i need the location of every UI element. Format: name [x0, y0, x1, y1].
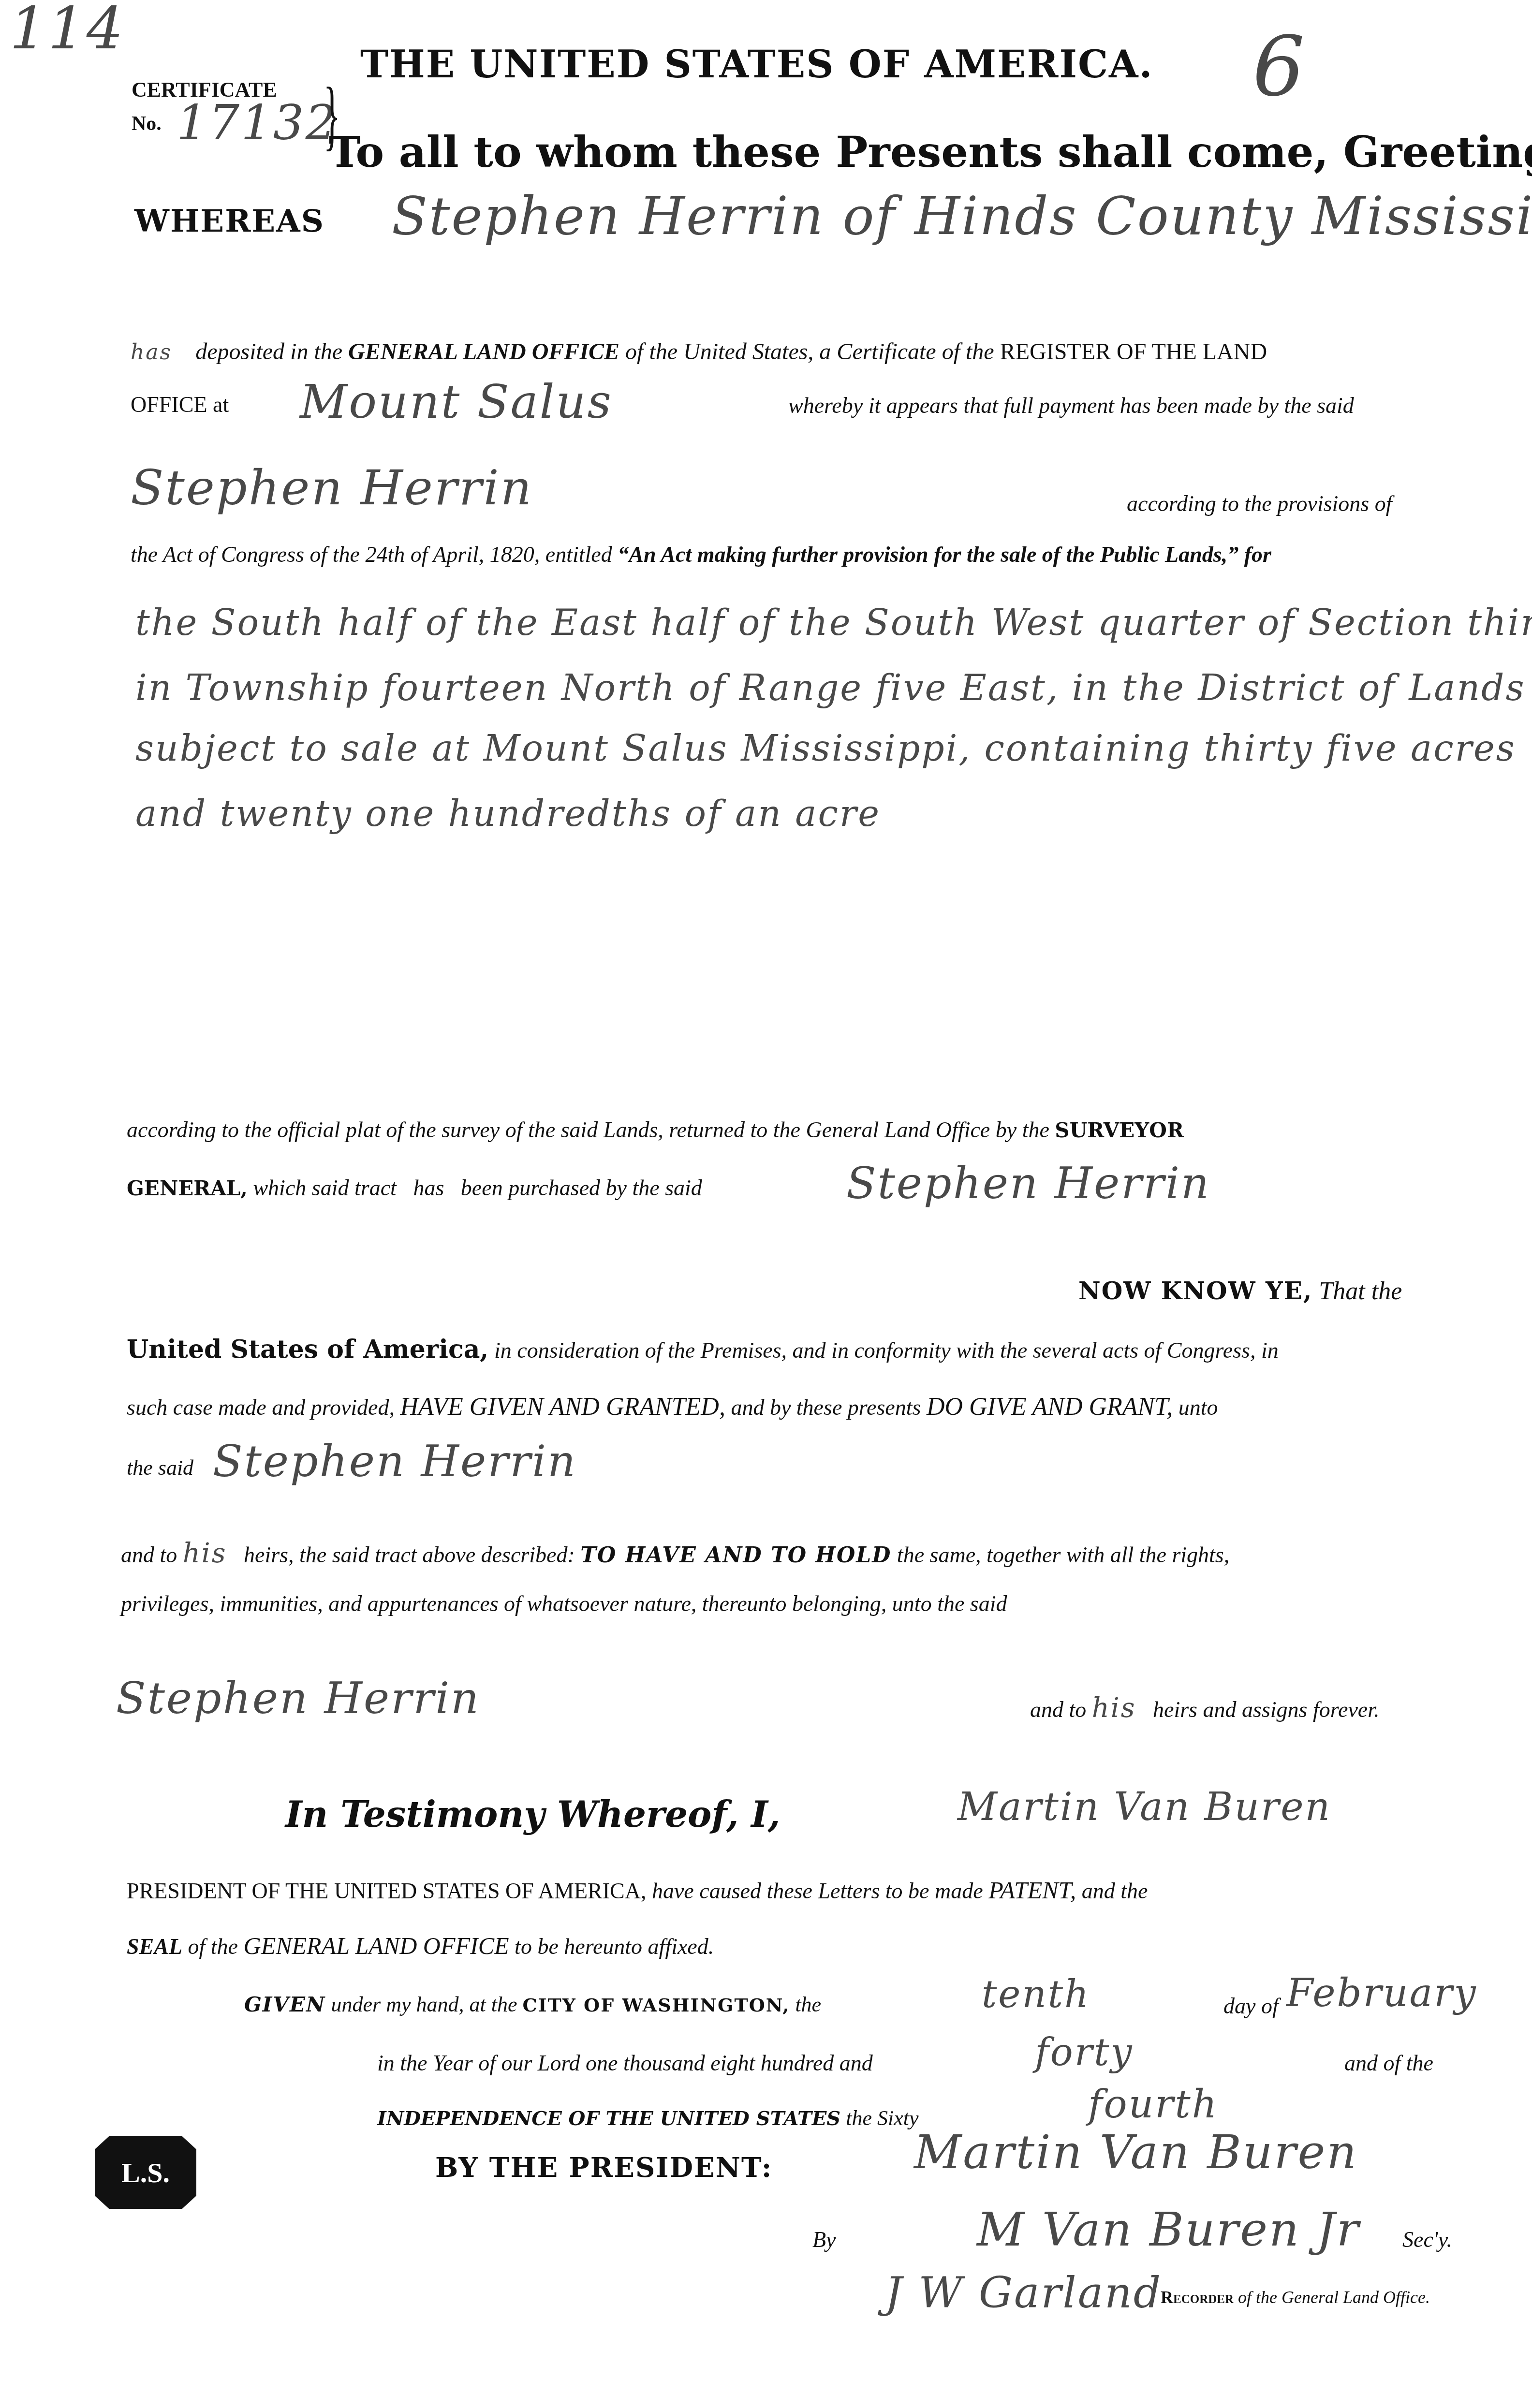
recorder-rest: of the General Land Office. — [1238, 2288, 1430, 2307]
forever-line: and to his heirs and assigns forever. — [1030, 1692, 1380, 1724]
grant-text-c: unto — [1178, 1395, 1218, 1420]
survey-line-1: according to the official plat of the su… — [127, 1117, 1184, 1143]
land-description-2: in Township fourteen North of Range five… — [135, 667, 1525, 709]
the-text: the — [795, 1993, 821, 2016]
grantee-name-4: Stephen Herrin — [116, 1673, 480, 1724]
independence-label: INDEPENDENCE OF THE UNITED STATES — [377, 2107, 840, 2130]
patent-label: PATENT, — [988, 1877, 1076, 1904]
and-to-text-2: and to — [1030, 1697, 1086, 1722]
greeting: To all to whom these Presents shall come… — [329, 127, 1532, 177]
grantee-name-3: Stephen Herrin — [213, 1436, 577, 1487]
heirs-pronoun: his — [183, 1538, 227, 1569]
heirs-rest: the same, together with all the rights, — [897, 1542, 1229, 1567]
the-sixty: the Sixty — [846, 2106, 918, 2130]
month-handwritten: February — [1286, 1970, 1477, 2015]
office-location: Mount Salus — [300, 375, 613, 429]
grantee-full: Stephen Herrin of Hinds County Mississip… — [392, 186, 1532, 247]
president-signature-2: Martin Van Buren — [914, 2125, 1358, 2179]
heirs-assigns-forever: heirs and assigns forever. — [1153, 1697, 1380, 1722]
margin-note: 114 — [10, 0, 125, 62]
ordinal-handwritten: fourth — [1088, 2082, 1218, 2127]
certificate-number: 17132 — [177, 94, 338, 151]
corner-mark: 6 — [1252, 19, 1306, 115]
ls-seal-badge: L.S. — [95, 2136, 196, 2209]
survey-line-2: GENERAL, which said tract has been purch… — [127, 1175, 702, 1201]
by-label: By — [812, 2227, 836, 2252]
general-land-office: GENERAL LAND OFFICE — [348, 339, 619, 365]
given-text: under my hand, at the — [331, 1993, 517, 2016]
provisions-text: according to the provisions of — [1127, 491, 1392, 516]
affixed-text: to be hereunto affixed. — [515, 1934, 714, 1959]
grant-line: such case made and provided, HAVE GIVEN … — [127, 1393, 1218, 1421]
now-know-line: NOW KNOW YE, That the — [1078, 1277, 1402, 1306]
year-handwritten: forty — [1035, 2031, 1134, 2074]
given-label: GIVEN — [244, 1993, 326, 2016]
and-of-the: and of the — [1344, 2050, 1433, 2076]
has-handwritten: has — [131, 340, 172, 365]
president-line: PRESIDENT OF THE UNITED STATES OF AMERIC… — [127, 1876, 1148, 1904]
grant-text-b: and by these presents — [731, 1395, 921, 1420]
seal-label: SEAL — [127, 1934, 182, 1959]
has-deposited-line: has deposited in the GENERAL LAND OFFICE… — [131, 338, 1267, 365]
survey-text: according to the official plat of the su… — [127, 1117, 1049, 1142]
office-at-label: OFFICE at — [131, 392, 229, 417]
recorder-signature: J W Garland — [885, 2268, 1162, 2318]
by-the-president-label: BY THE PRESIDENT: — [435, 2152, 772, 2184]
consideration-text: in consideration of the Premises, and in… — [494, 1338, 1279, 1363]
of-the-text: of the — [188, 1934, 238, 1959]
do-give-grant: DO GIVE AND GRANT, — [927, 1393, 1173, 1421]
document-title: THE UNITED STATES OF AMERICA. — [360, 43, 1153, 87]
purchased-text: been purchased by the said — [461, 1175, 702, 1200]
land-description-3: subject to sale at Mount Salus Mississip… — [135, 728, 1516, 769]
recorder-title: Recorder of the General Land Office. — [1161, 2287, 1430, 2307]
year-text: in the Year of our Lord one thousand eig… — [377, 2050, 873, 2076]
day-of-label: day of — [1223, 1993, 1279, 2019]
surveyor-label: SURVEYOR — [1055, 1118, 1183, 1142]
president-signature-1: Martin Van Buren — [957, 1784, 1331, 1829]
and-the-text: and the — [1082, 1879, 1148, 1903]
grantee-name-1: Stephen Herrin — [131, 459, 533, 516]
register-text: REGISTER OF THE LAND — [1000, 339, 1267, 365]
given-line: GIVEN under my hand, at the CITY OF WASH… — [244, 1992, 821, 2017]
act-line: the Act of Congress of the 24th of April… — [131, 542, 1271, 567]
president-caps: PRESIDENT OF THE UNITED STATES OF AMERIC… — [127, 1879, 646, 1903]
seal-line: SEAL of the GENERAL LAND OFFICE to be he… — [127, 1932, 714, 1960]
testimony-label: In Testimony Whereof, I, — [285, 1794, 781, 1835]
heirs-line: and to his heirs, the said tract above d… — [121, 1538, 1229, 1569]
recorder-label: Recorder — [1161, 2288, 1234, 2307]
secretary-title: Sec'y. — [1402, 2227, 1452, 2252]
has-text: has — [413, 1175, 444, 1200]
whereas-label: WHEREAS — [134, 203, 324, 239]
that-the: That the — [1319, 1277, 1402, 1305]
act-text-a: the Act of Congress of the 24th of April… — [131, 542, 612, 567]
grantee-name-2: Stephen Herrin — [846, 1158, 1210, 1209]
now-know-label: NOW KNOW YE, — [1078, 1277, 1312, 1305]
day-handwritten: tenth — [982, 1973, 1090, 2016]
land-description-4: and twenty one hundredths of an acre — [135, 793, 881, 835]
of-united-states: of the United States, a Certificate of t… — [625, 339, 994, 365]
certificate-no-label: No. — [132, 112, 162, 135]
consideration-line: United States of America, in considerati… — [127, 1335, 1279, 1364]
president-text: have caused these Letters to be made — [652, 1879, 983, 1903]
whereby-text: whereby it appears that full payment has… — [788, 393, 1354, 418]
and-to-text: and to — [121, 1542, 177, 1567]
secretary-signature: M Van Buren Jr — [977, 2202, 1360, 2257]
the-said-label: the said — [127, 1455, 193, 1480]
deposited-text: deposited in the — [195, 339, 342, 365]
heirs-text: heirs, the said tract above described: — [244, 1542, 575, 1567]
act-text-b: “An Act making further provision for the… — [618, 542, 1271, 567]
independence-line: INDEPENDENCE OF THE UNITED STATES the Si… — [377, 2106, 918, 2130]
to-have-and-to-hold: TO HAVE AND TO HOLD — [580, 1543, 891, 1568]
which-said-tract: which said tract — [253, 1175, 396, 1200]
city-of-washington: CITY OF WASHINGTON, — [522, 1994, 790, 2016]
have-given-granted: HAVE GIVEN AND GRANTED, — [400, 1393, 725, 1421]
land-description-1: the South half of the East half of the S… — [135, 602, 1532, 644]
general-label: GENERAL, — [127, 1176, 248, 1200]
usa-label: United States of America, — [127, 1335, 488, 1364]
privileges-line: privileges, immunities, and appurtenance… — [121, 1591, 1007, 1616]
general-land-office-2: GENERAL LAND OFFICE — [244, 1932, 509, 1959]
heirs-pronoun-2: his — [1092, 1692, 1136, 1724]
grant-text-a: such case made and provided, — [127, 1395, 395, 1420]
